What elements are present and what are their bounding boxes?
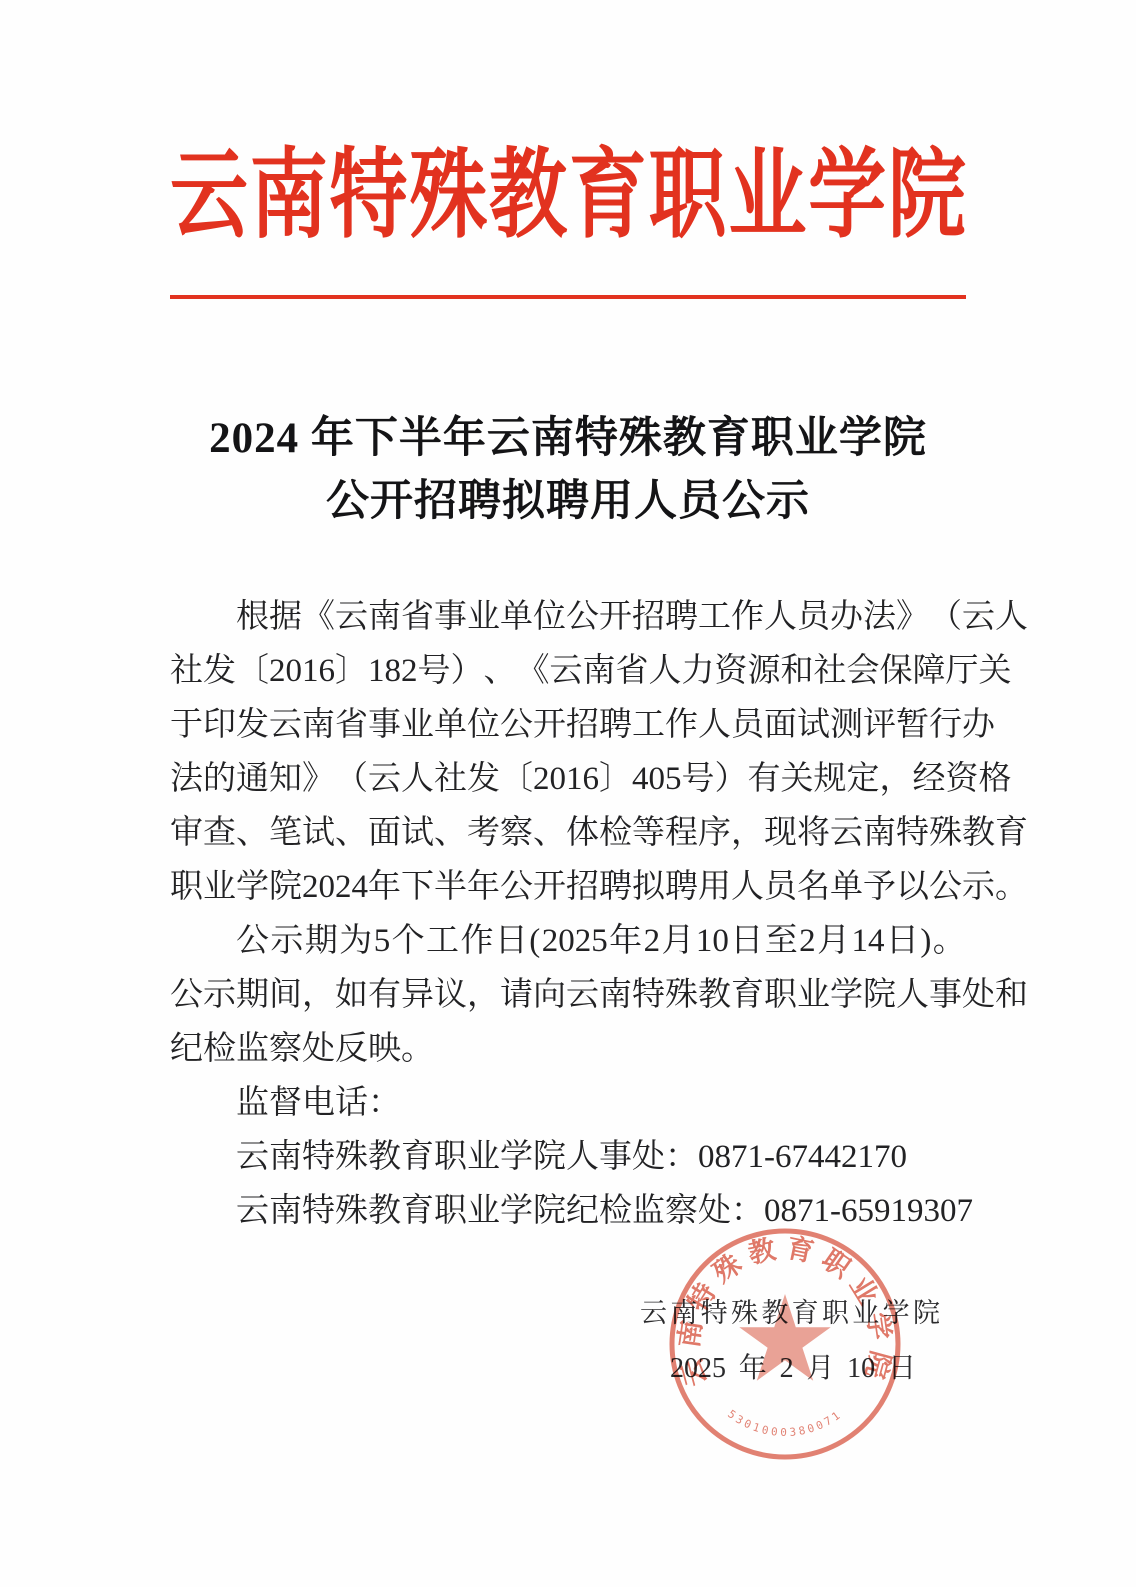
supervision-phone-label: 监督电话：	[170, 1076, 966, 1130]
notice-title-line2: 公开招聘拟聘用人员公示	[0, 470, 1136, 533]
letterhead-rule	[170, 295, 966, 299]
body-line: 法的通知》（云人社发〔2016〕405号）有关规定，经资格	[170, 752, 966, 806]
body-line: 于印发云南省事业单位公开招聘工作人员面试测评暂行办	[170, 698, 966, 752]
body-line: 职业学院2024年下半年公开招聘拟聘用人员名单予以公示。	[170, 860, 966, 914]
letterhead-title: 云南特殊教育职业学院	[170, 147, 966, 245]
notice-title: 2024 年下半年云南特殊教育职业学院 公开招聘拟聘用人员公示	[0, 407, 1136, 533]
body-line: 纪检监察处反映。	[170, 1022, 966, 1076]
seal-serial-code: 5301000380071	[725, 1407, 845, 1439]
hr-office-phone-line: 云南特殊教育职业学院人事处：0871-67442170	[170, 1130, 966, 1184]
body-line: 根据《云南省事业单位公开招聘工作人员办法》（云人	[170, 590, 966, 644]
body-line: 社发〔2016〕182号）、《云南省人力资源和社会保障厅关	[170, 644, 966, 698]
document-page: 云南特殊教育职业学院 2024 年下半年云南特殊教育职业学院 公开招聘拟聘用人员…	[0, 0, 1136, 1587]
notice-title-line1: 2024 年下半年云南特殊教育职业学院	[0, 407, 1136, 470]
body-line: 公示期为5个工作日(2025年2月10日至2月14日)。	[170, 914, 966, 968]
notice-body: 根据《云南省事业单位公开招聘工作人员办法》（云人 社发〔2016〕182号）、《…	[170, 590, 966, 1238]
official-seal-stamp: 云南特殊教育职业学院 5301000380071	[660, 1219, 910, 1469]
body-line: 审查、笔试、面试、考察、体检等程序，现将云南特殊教育	[170, 806, 966, 860]
body-line: 公示期间，如有异议，请向云南特殊教育职业学院人事处和	[170, 968, 966, 1022]
seal-star-icon	[739, 1294, 830, 1381]
